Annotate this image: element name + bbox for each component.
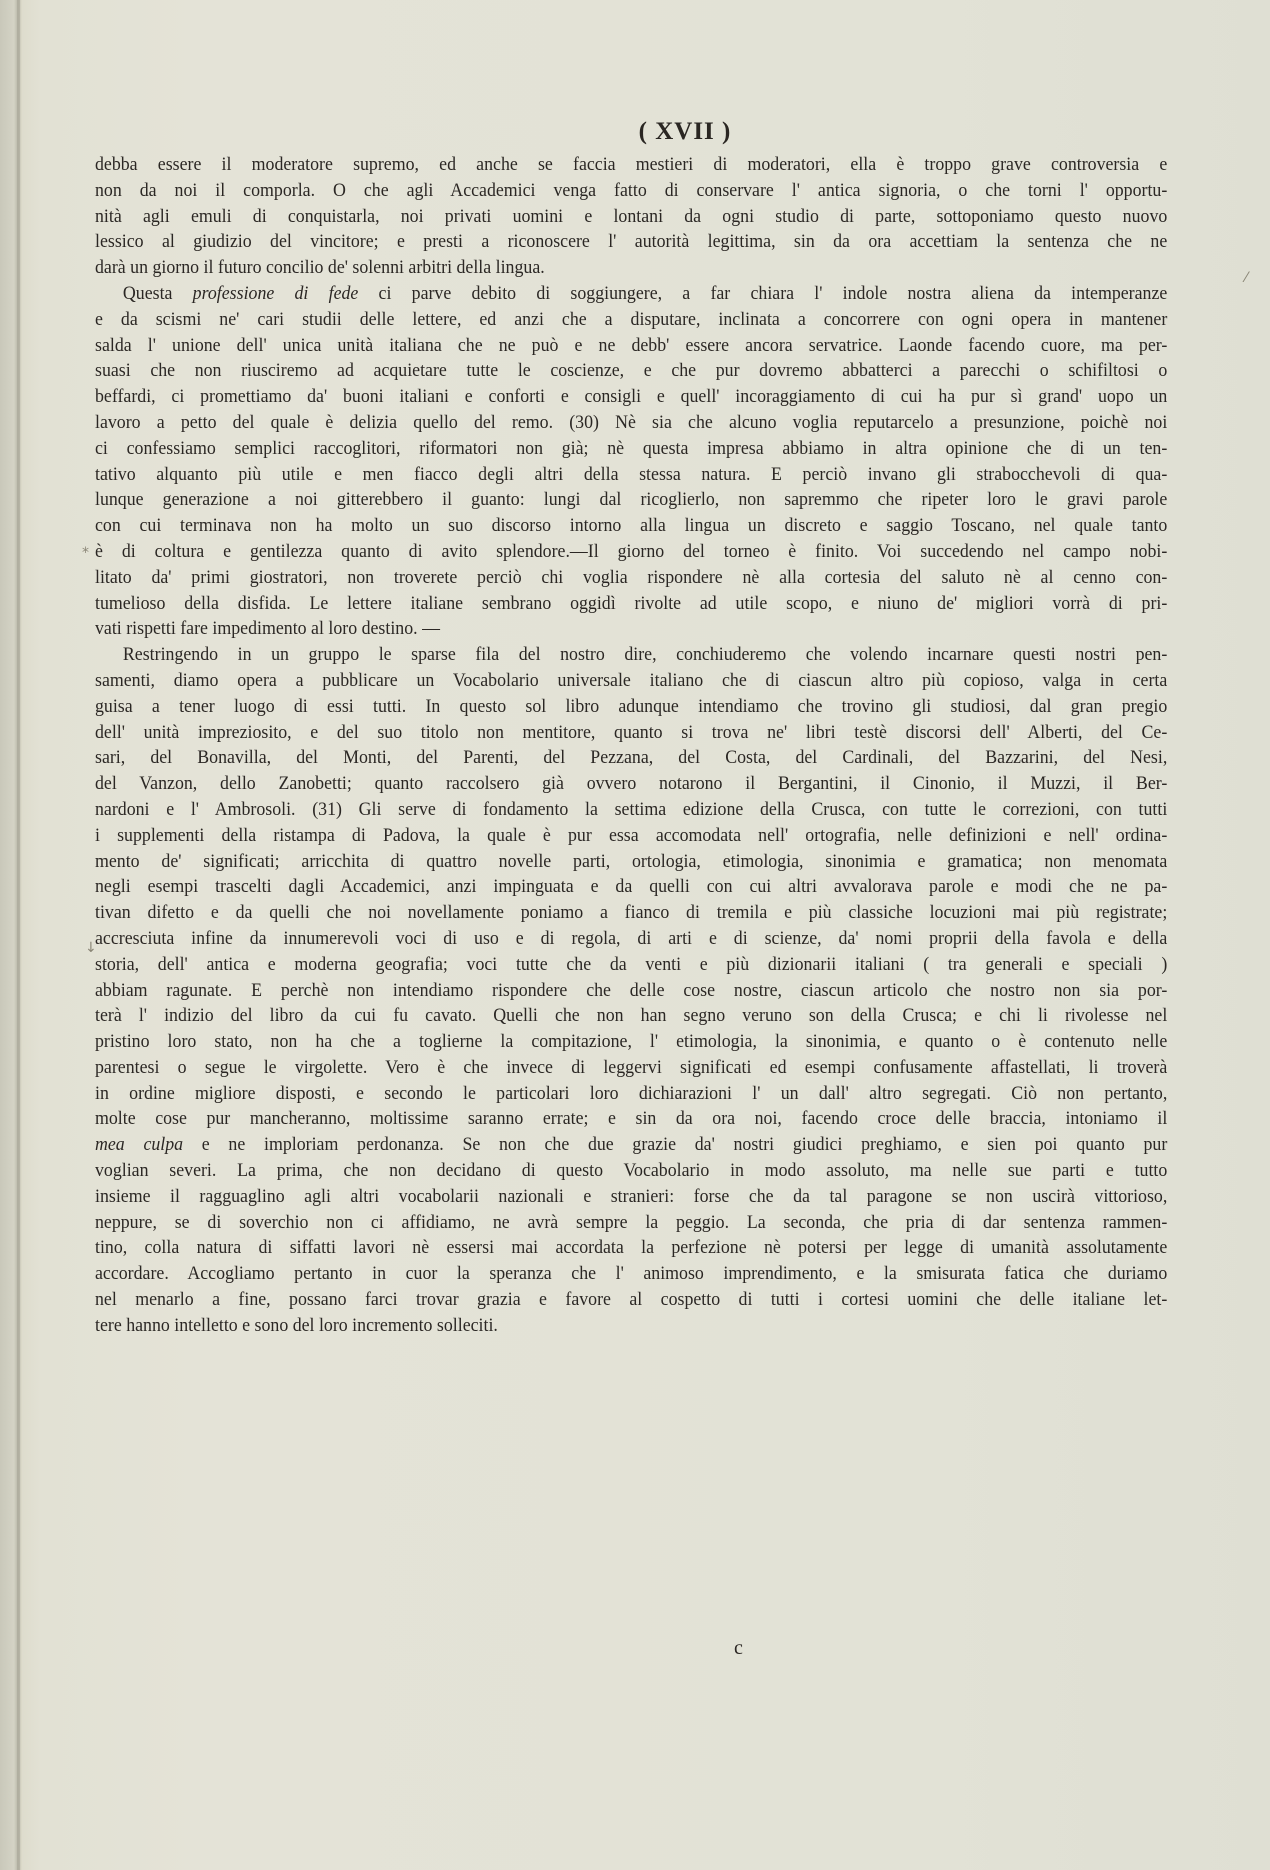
text-line: mento de' significati; arricchita di qua… (95, 849, 1167, 875)
text-line: i supplementi della ristampa di Padova, … (95, 823, 1167, 849)
text-line: ci confessiamo semplici raccoglitori, ri… (95, 436, 1167, 462)
text-segment: vati rispetti fare impedimento al loro d… (95, 618, 440, 639)
text-line: tativo alquanto più utile e men fiacco d… (95, 462, 1167, 488)
text-line: Restringendo in un gruppo le sparse fila… (95, 642, 1167, 668)
text-line: con cui terminava non ha molto un suo di… (95, 513, 1167, 539)
text-segment: tumelioso della disfida. Le lettere ital… (95, 593, 1167, 614)
text-segment: con cui terminava non ha molto un suo di… (95, 515, 1167, 536)
text-line: terà l' indizio del libro da cui fu cava… (95, 1003, 1167, 1029)
scanned-page: ( XVII ) debba essere il moderatore supr… (0, 0, 1270, 1870)
text-line: tumelioso della disfida. Le lettere ital… (95, 591, 1167, 617)
text-line: storia, dell' antica e moderna geografia… (95, 952, 1167, 978)
margin-asterisk: * (82, 545, 89, 561)
text-line: abbiam ragunate. E perchè non intendiamo… (95, 978, 1167, 1004)
body-text: debba essere il moderatore supremo, ed a… (95, 152, 1167, 1339)
text-segment: mento de' significati; arricchita di qua… (95, 851, 1167, 872)
text-segment: tino, colla natura di siffatti lavori nè… (95, 1237, 1167, 1258)
text-segment: tere hanno intelletto e sono del loro in… (95, 1315, 498, 1336)
text-segment: negli esempi trascelti dagli Accademici,… (95, 876, 1167, 897)
text-segment: del Vanzon, dello Zanobetti; quanto racc… (95, 773, 1167, 794)
text-segment: tivan difetto e da quelli che noi novell… (95, 902, 1167, 923)
text-segment: suasi che non riusciremo ad acquietare t… (95, 360, 1167, 381)
text-segment: parentesi o segue le virgolette. Vero è … (95, 1057, 1167, 1078)
page-number-header: ( XVII ) (0, 118, 1270, 146)
text-line: lunque generazione a noi gitterebbero il… (95, 487, 1167, 513)
text-segment: litato da' primi giostratori, non trover… (95, 567, 1167, 588)
text-line: darà un giorno il futuro concilio de' so… (95, 255, 1167, 281)
text-segment: neppure, se di soverchio non ci affidiam… (95, 1212, 1167, 1233)
margin-mark: ⁄ (1245, 270, 1247, 286)
text-segment: beffardi, ci promettiamo da' buoni itali… (95, 386, 1167, 407)
text-line: nardoni e l' Ambrosoli. (31) Gli serve d… (95, 797, 1167, 823)
text-segment: e da scismi ne' cari studii delle letter… (95, 309, 1167, 330)
text-segment: samenti, diamo opera a pubblicare un Voc… (95, 670, 1167, 691)
text-line: accordare. Accogliamo pertanto in cuor l… (95, 1261, 1167, 1287)
text-line: nità agli emuli di conquistarla, noi pri… (95, 204, 1167, 230)
text-segment: nel menarlo a fine, possano farci trovar… (95, 1289, 1167, 1310)
page-spine-shadow (17, 0, 20, 1870)
text-segment: accordare. Accogliamo pertanto in cuor l… (95, 1263, 1167, 1284)
margin-arrow: ↓ (85, 940, 97, 956)
text-line: beffardi, ci promettiamo da' buoni itali… (95, 384, 1167, 410)
text-segment: insieme il ragguaglino agli altri vocabo… (95, 1186, 1167, 1207)
text-line: e da scismi ne' cari studii delle letter… (95, 307, 1167, 333)
text-segment: i supplementi della ristampa di Padova, … (95, 825, 1167, 846)
text-segment: non da noi il comporla. O che agli Accad… (95, 180, 1167, 201)
text-segment: e ne imploriam perdonanza. Se non che du… (183, 1134, 1167, 1155)
text-segment: debba essere il moderatore supremo, ed a… (95, 154, 1167, 175)
text-segment: guisa a tener luogo di essi tutti. In qu… (95, 696, 1167, 717)
text-segment: storia, dell' antica e moderna geografia… (95, 954, 1167, 975)
text-line: Questa professione di fede ci parve debi… (95, 281, 1167, 307)
text-segment: lessico al giudizio del vincitore; e pre… (95, 231, 1167, 252)
text-line: non da noi il comporla. O che agli Accad… (95, 178, 1167, 204)
text-line: negli esempi trascelti dagli Accademici,… (95, 874, 1167, 900)
text-line: voglian severi. La prima, che non decida… (95, 1158, 1167, 1184)
italic-phrase: professione di fede (193, 283, 359, 304)
italic-phrase: mea culpa (95, 1134, 183, 1155)
text-segment: salda l' unione dell' unica unità italia… (95, 335, 1167, 356)
text-line: dell' unità impreziosito, e del suo tito… (95, 720, 1167, 746)
text-line: parentesi o segue le virgolette. Vero è … (95, 1055, 1167, 1081)
text-line: tivan difetto e da quelli che noi novell… (95, 900, 1167, 926)
text-line: salda l' unione dell' unica unità italia… (95, 333, 1167, 359)
text-line: neppure, se di soverchio non ci affidiam… (95, 1210, 1167, 1236)
text-line: molte cose pur mancheranno, moltissime s… (95, 1106, 1167, 1132)
text-segment: pristino loro stato, non ha che a toglie… (95, 1031, 1167, 1052)
text-line: tere hanno intelletto e sono del loro in… (95, 1313, 1167, 1339)
text-line: lavoro a petto del quale è delizia quell… (95, 410, 1167, 436)
text-line: vati rispetti fare impedimento al loro d… (95, 616, 1167, 642)
text-line: nel menarlo a fine, possano farci trovar… (95, 1287, 1167, 1313)
text-segment: molte cose pur mancheranno, moltissime s… (95, 1108, 1167, 1129)
text-segment: è di coltura e gentilezza quanto di avit… (95, 541, 1167, 562)
text-segment: lunque generazione a noi gitterebbero il… (95, 489, 1167, 510)
text-line: pristino loro stato, non ha che a toglie… (95, 1029, 1167, 1055)
text-segment: Questa (123, 283, 193, 304)
text-line: insieme il ragguaglino agli altri vocabo… (95, 1184, 1167, 1210)
text-line: debba essere il moderatore supremo, ed a… (95, 152, 1167, 178)
text-line: in ordine migliore disposti, e secondo l… (95, 1081, 1167, 1107)
signature-mark: c (734, 1637, 743, 1660)
text-line: litato da' primi giostratori, non trover… (95, 565, 1167, 591)
text-segment: darà un giorno il futuro concilio de' so… (95, 257, 545, 278)
text-segment: Restringendo in un gruppo le sparse fila… (123, 644, 1167, 665)
text-line: suasi che non riusciremo ad acquietare t… (95, 358, 1167, 384)
text-line: sari, del Bonavilla, del Monti, del Pare… (95, 745, 1167, 771)
text-line: è di coltura e gentilezza quanto di avit… (95, 539, 1167, 565)
text-segment: dell' unità impreziosito, e del suo tito… (95, 722, 1167, 743)
text-segment: sari, del Bonavilla, del Monti, del Pare… (95, 747, 1167, 768)
text-line: samenti, diamo opera a pubblicare un Voc… (95, 668, 1167, 694)
text-line: tino, colla natura di siffatti lavori nè… (95, 1235, 1167, 1261)
text-line: del Vanzon, dello Zanobetti; quanto racc… (95, 771, 1167, 797)
text-segment: abbiam ragunate. E perchè non intendiamo… (95, 980, 1167, 1001)
page-number: ( XVII ) (639, 118, 732, 145)
text-segment: in ordine migliore disposti, e secondo l… (95, 1083, 1167, 1104)
text-segment: accresciuta infine da innumerevoli voci … (95, 928, 1167, 949)
text-segment: lavoro a petto del quale è delizia quell… (95, 412, 1167, 433)
text-line: lessico al giudizio del vincitore; e pre… (95, 229, 1167, 255)
text-line: guisa a tener luogo di essi tutti. In qu… (95, 694, 1167, 720)
text-segment: ci confessiamo semplici raccoglitori, ri… (95, 438, 1167, 459)
text-line: mea culpa e ne imploriam perdonanza. Se … (95, 1132, 1167, 1158)
text-segment: nità agli emuli di conquistarla, noi pri… (95, 206, 1167, 227)
text-segment: terà l' indizio del libro da cui fu cava… (95, 1005, 1167, 1026)
text-segment: tativo alquanto più utile e men fiacco d… (95, 464, 1167, 485)
text-segment: nardoni e l' Ambrosoli. (31) Gli serve d… (95, 799, 1167, 820)
text-segment: voglian severi. La prima, che non decida… (95, 1160, 1167, 1181)
text-line: accresciuta infine da innumerevoli voci … (95, 926, 1167, 952)
text-segment: ci parve debito di soggiungere, a far ch… (358, 283, 1167, 304)
